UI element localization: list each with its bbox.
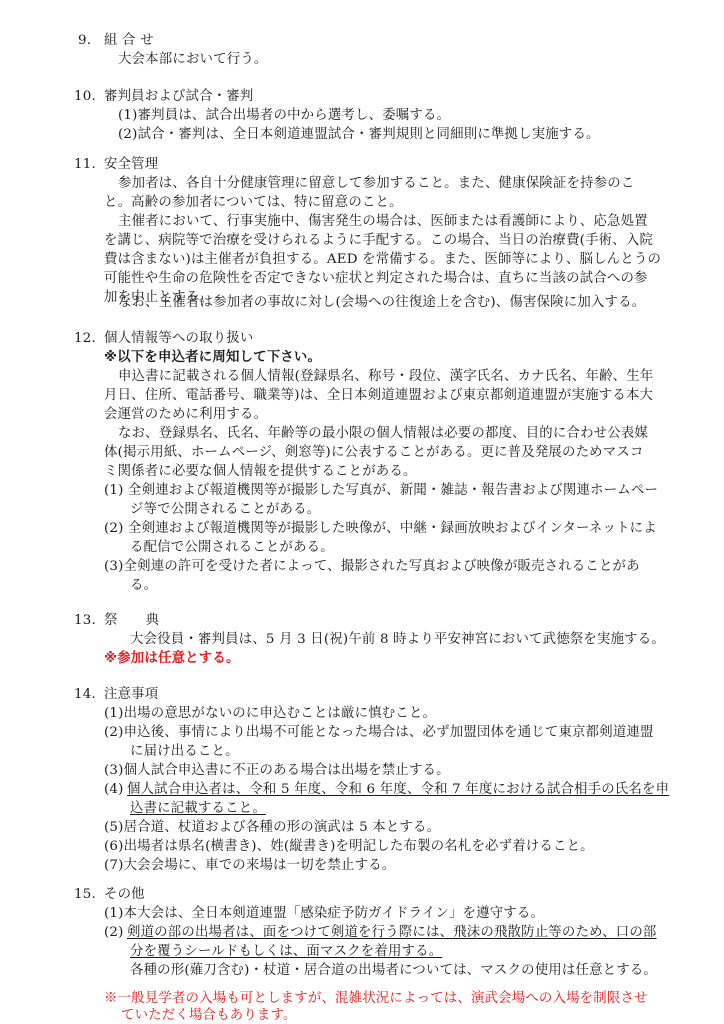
section-12-line: 体(掲示用紙、ホームページ、剣窓等)に公表することがある。更に普及発展のためマス… (104, 444, 644, 462)
section-15-notice: ※一般見学者の入場も可としますが、混雑状況によっては、演武会場への入場を制限させ (104, 990, 648, 1008)
section-14-item-7: (7)大会会場に、車での来場は一切を禁止する。 (104, 857, 395, 875)
section-14-item-2: (2)申込後、事情により出場不可能となった場合は、必ず加盟団体を通じて東京都剣道… (104, 724, 654, 742)
section-14-title: 注意事項 (104, 686, 158, 704)
section-15-note: 各種の形(薙刀含む)・杖道・居合道の出場者については、マスクの使用は任意とする。 (130, 962, 657, 980)
section-15-title: その他 (104, 886, 145, 904)
section-12-item-3: (3)全剣連の許可を受けた者によって、撮影された写真および映像が販売されることが… (104, 558, 640, 576)
section-12-number: 12. (74, 330, 96, 348)
section-11-title: 安全管理 (104, 156, 158, 174)
section-12-item-3-cont: る。 (130, 577, 157, 595)
section-13-number: 13. (74, 612, 96, 630)
section-12-item-1: (1) 全剣連および報道機関等が撮影した写真が、新聞・雑誌・報告書および関連ホー… (104, 482, 658, 500)
section-10-number: 10. (74, 88, 96, 106)
section-13-notice: ※参加は任意とする。 (104, 650, 240, 668)
section-14-item-2-cont: に届け出ること。 (130, 743, 239, 761)
section-14-item-6: (6)出場者は県名(横書き)、姓(縦書き)を明記した布製の名札を必ず着けること。 (104, 838, 594, 856)
section-12-item-1-cont: ジ等で公開されることがある。 (130, 501, 320, 519)
section-10-title: 審判員および試合・審判 (104, 88, 254, 106)
section-12-line: 会運営のために利用する。 (104, 406, 267, 424)
document-page: 9. 組 合 せ 大会本部において行う。 10. 審判員および試合・審判 (1)… (0, 0, 724, 1024)
section-13-title: 祭 典 (104, 612, 171, 630)
section-11-line: 費は含まない)は主催者が負担する。AED を常備する。また、医師等により、脳しん… (104, 251, 661, 269)
section-15-item-2-cont: 分を覆うシールドもしくは、面マスクを着用する。 (130, 943, 442, 961)
section-11-line: 主催者において、行事実施中、傷害発生の場合は、医師または看護師により、応急処置 (118, 213, 648, 231)
section-9-title: 組 合 せ (104, 32, 154, 50)
section-11-line: なお、主催者は参加者の事故に対し(会場への往復途上を含む)、傷害保険に加入する。 (118, 294, 645, 312)
section-12-notice: ※以下を申込者に周知して下さい。 (104, 349, 321, 367)
section-14-item-3: (3)個人試合申込書に不正のある場合は出場を禁止する。 (104, 762, 450, 780)
section-12-item-2-cont: る配信で公開されることがある。 (130, 539, 334, 557)
section-12-line: ミ関係者に必要な個人情報を提供することがある。 (104, 463, 417, 481)
section-12-line: 月日、住所、電話番号、職業等)は、全日本剣道連盟および東京都剣道連盟が実施する本… (104, 387, 653, 405)
section-12-line: なお、登録県名、氏名、年齢等の最小限の個人情報は必要の都度、目的に合わせ公表媒 (118, 425, 648, 443)
section-12-item-2: (2) 全剣連および報道機関等が撮影した映像が、中継・録画放映およびインターネッ… (104, 520, 657, 538)
section-10-item-1: (1)審判員は、試合出場者の中から選考し、委嘱する。 (118, 107, 450, 125)
section-15-notice-cont: ていただく場合もあります。 (121, 1007, 297, 1024)
section-14-item-4-label: (4) (104, 781, 124, 799)
section-11-line: 可能性や生命の危険性を否定できない症状と判定された場合は、直ちに当該の試合への参 (104, 270, 648, 288)
section-9-body: 大会本部において行う。 (118, 51, 268, 69)
section-11-line: と。高齢の参加者については、特に留意のこと。 (104, 194, 403, 212)
section-14-number: 14. (74, 686, 96, 704)
section-15-number: 15. (74, 886, 96, 904)
section-13-body: 大会役員・審判員は、5 月 3 日(祝)午前 8 時より平安神宮において武徳祭を… (130, 631, 665, 649)
section-11-line: 参加者は、各自十分健康管理に留意して参加すること。また、健康保険証を持参のこ (118, 175, 634, 193)
section-12-title: 個人情報等への取り扱い (104, 330, 254, 348)
section-14-item-1: (1)出場の意思がないのに申込むことは厳に慎むこと。 (104, 705, 436, 723)
section-14-item-4-cont: 込書に記載すること。 (130, 800, 266, 818)
section-14-item-4: 個人試合申込者は、令和 5 年度、令和 6 年度、令和 7 年度における試合相手… (127, 781, 669, 799)
section-15-item-1: (1)本大会は、全日本剣道連盟「感染症予防ガイドライン」を遵守する。 (104, 905, 544, 923)
section-12-line: 申込書に記載される個人情報(登録県名、称号・段位、漢字氏名、カナ氏名、年齢、生年 (118, 368, 653, 386)
section-11-line: を講じ、病院等で治療を受けられるように手配する。この場合、当日の治療費(手術、入… (104, 232, 653, 250)
section-11-number: 11. (74, 156, 96, 174)
section-14-item-5: (5)居合道、杖道および各種の形の演武は 5 本とする。 (104, 819, 440, 837)
section-15-item-2-label: (2) (104, 924, 124, 942)
section-15-item-2: 剣道の部の出場者は、面をつけて剣道を行う際には、飛沫の飛散防止等のため、口の部 (127, 924, 657, 942)
section-10-item-2: (2)試合・審判は、全日本剣道連盟試合・審判規則と同細則に準拠し実施する。 (118, 126, 600, 144)
section-9-number: 9. (78, 32, 91, 50)
